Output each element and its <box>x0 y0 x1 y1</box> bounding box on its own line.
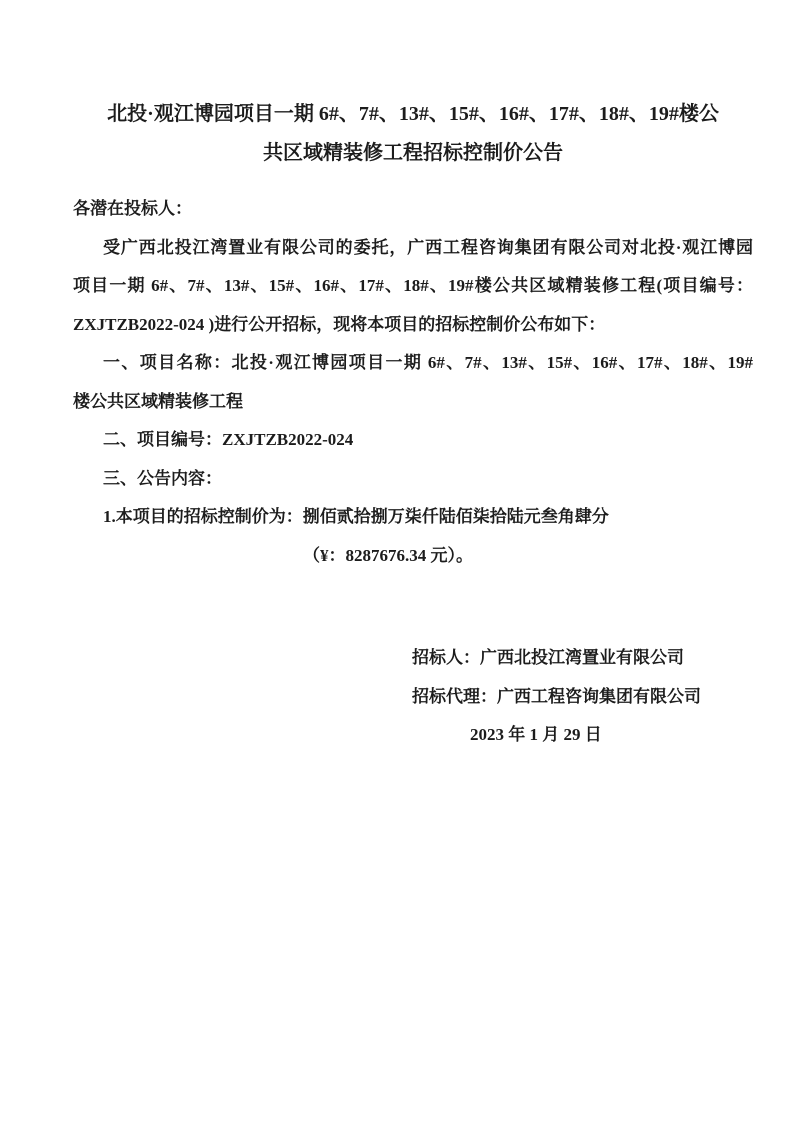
agent-line: 招标代理：广西工程咨询集团有限公司 <box>73 678 753 717</box>
price-in-words: 1.本项目的招标控制价为：捌佰贰拾捌万柒仟陆佰柒拾陆元叁角肆分 <box>73 498 753 537</box>
salutation: 各潜在投标人： <box>73 190 753 229</box>
item-announcement-content: 三、公告内容： <box>73 460 753 499</box>
document-page: 北投·观江博园项目一期 6#、7#、13#、15#、16#、17#、18#、19… <box>0 0 800 1131</box>
price-in-figures: （¥：8287676.34 元）。 <box>73 537 753 576</box>
date-line: 2023 年 1 月 29 日 <box>73 716 753 755</box>
intro-line-3: ZXJTZB2022-024 )进行公开招标，现将本项目的招标控制价公布如下： <box>73 306 753 345</box>
tenderer-line: 招标人：广西北投江湾置业有限公司 <box>73 639 753 678</box>
signature-block: 招标人：广西北投江湾置业有限公司 招标代理：广西工程咨询集团有限公司 2023 … <box>73 639 753 755</box>
title-line-2: 共区域精装修工程招标控制价公告 <box>73 134 753 173</box>
item-project-name-line-1: 一、项目名称：北投·观江博园项目一期 6#、7#、13#、15#、16#、17#… <box>73 344 753 383</box>
document-title: 北投·观江博园项目一期 6#、7#、13#、15#、16#、17#、18#、19… <box>73 95 753 173</box>
intro-line-2: 项目一期 6#、7#、13#、15#、16#、17#、18#、19#楼公共区域精… <box>73 267 753 306</box>
item-project-number: 二、项目编号：ZXJTZB2022-024 <box>73 421 753 460</box>
item-project-name-line-2: 楼公共区域精装修工程 <box>73 383 753 422</box>
title-line-1: 北投·观江博园项目一期 6#、7#、13#、15#、16#、17#、18#、19… <box>73 95 753 134</box>
intro-line-1: 受广西北投江湾置业有限公司的委托，广西工程咨询集团有限公司对北投·观江博园 <box>73 229 753 268</box>
